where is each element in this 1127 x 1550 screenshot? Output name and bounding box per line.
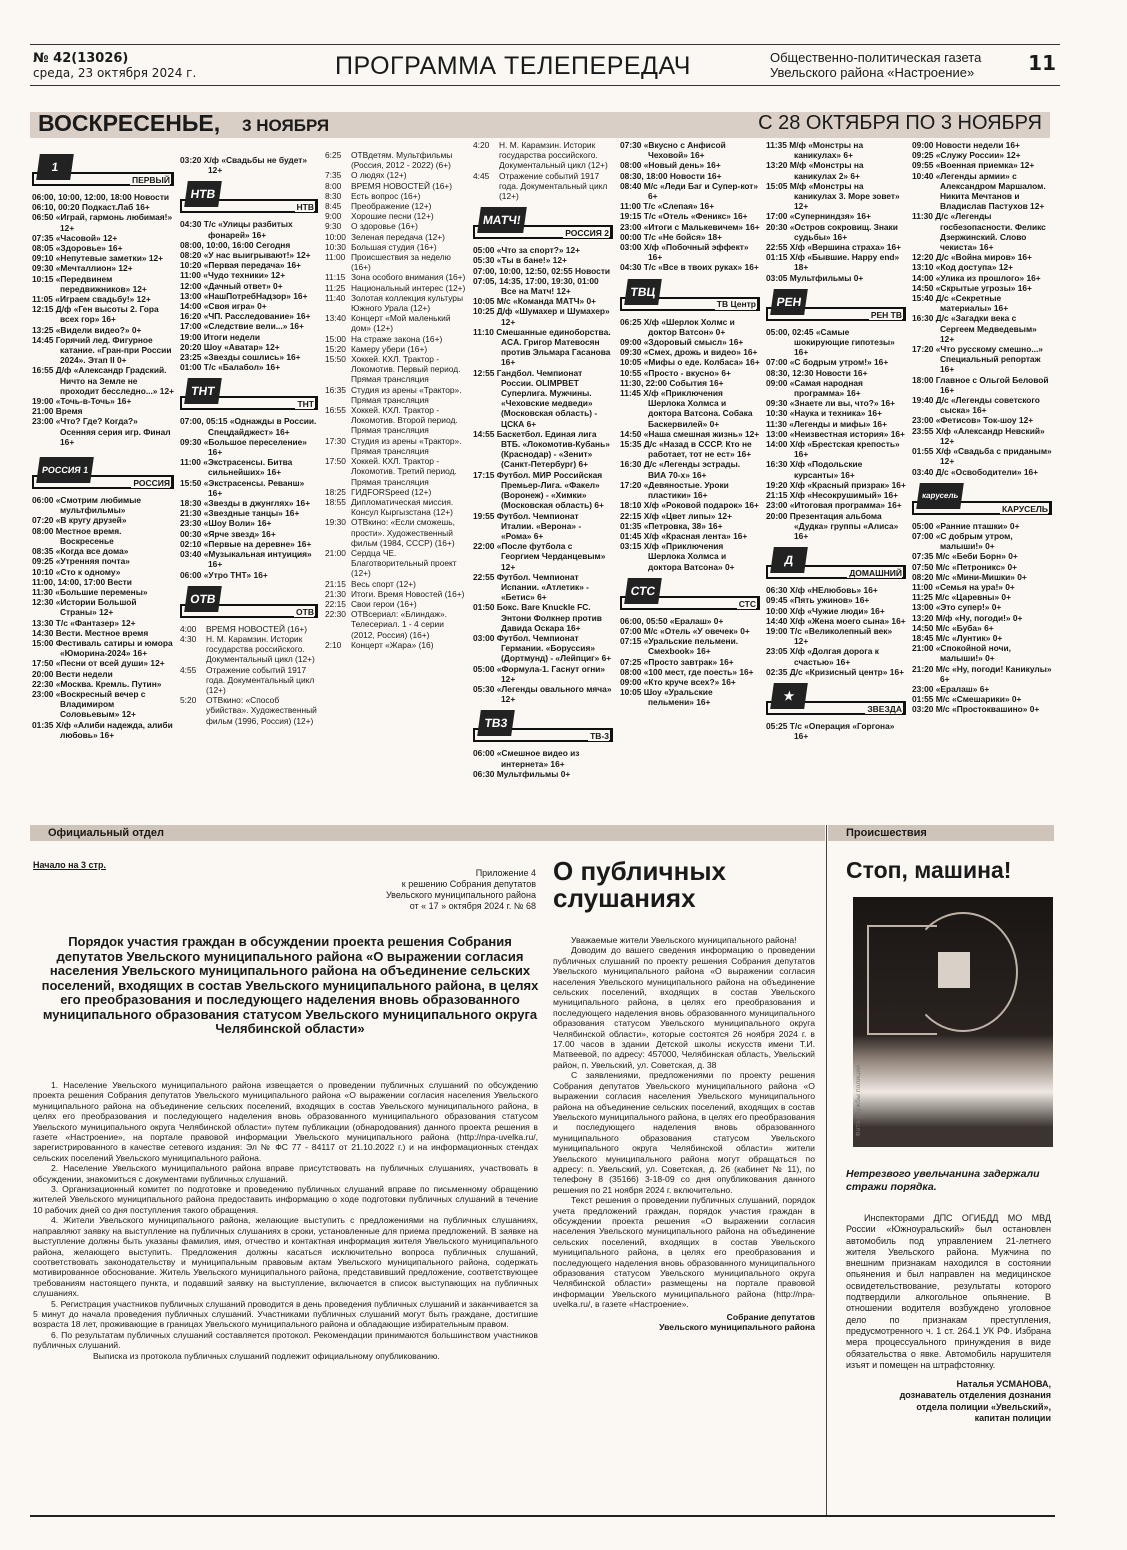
program-item: 11:15Зона особого внимания (16+): [325, 272, 467, 282]
program-item: 16:30 Д/с «Легенды эстрады. ВИА 70-х» 16…: [620, 459, 760, 479]
incident-lead: Нетрезвого увельчанина задержали стражи …: [846, 1168, 1051, 1194]
program-item: 09:25 «Утренняя почта»: [32, 556, 174, 566]
program-list-tv3-cont: 07:30 «Вкусно с Анфисой Чеховой» 16+08:0…: [620, 140, 760, 273]
program-item: 11:05 «Играем свадьбу!» 12+: [32, 294, 174, 304]
program-item: 10:10 «Сто к одному»: [32, 567, 174, 577]
program-item: 03:00 Х/ф «Побочный эффект» 16+: [620, 242, 760, 262]
paragraph: Инспекторами ДПС ОГИБДД МО МВД России «Ю…: [846, 1213, 1051, 1371]
tv-column-5: 07:30 «Вкусно с Анфисой Чеховой» 16+08:0…: [620, 140, 760, 708]
signature-line: отдела полиции «Увельский»,: [846, 1402, 1051, 1413]
program-item: 15:35 Д/с «Назад в СССР. Кто не работает…: [620, 439, 760, 459]
program-item: 10:00 Х/ф «Чужие люди» 16+: [766, 606, 906, 616]
program-item: 01:35 Х/ф «Алиби надежда, алиби любовь» …: [32, 720, 174, 740]
channel-header-tnt: ТНТТНТ: [180, 376, 318, 410]
program-item: 17:50 «Песни от всей души» 12+: [32, 658, 174, 668]
program-item: 06:00 «Смешное видео из интернета» 16+: [473, 748, 613, 768]
program-item: 15:50 «Экстрасенсы. Реванш» 16+: [180, 478, 318, 498]
program-item: 07:35 М/с «Беби Борн» 0+: [912, 551, 1052, 561]
channel-logo-icon: МАТЧ!: [477, 207, 526, 233]
program-item: 11:30 Д/с «Легенды госбезопасности. Фели…: [912, 211, 1052, 252]
program-item: 13:20 М/ф «Монстры на каникулах 2» 6+: [766, 160, 906, 180]
hearings-body: Уважаемые жители Увельского муниципально…: [553, 935, 815, 1332]
program-item: 23:30 «Шоу Воли» 16+: [180, 518, 318, 528]
program-item: 17:00 «Суперниндзя» 16+: [766, 211, 906, 221]
paragraph: Доводим до вашего сведения информацию о …: [553, 945, 815, 1070]
program-item: 11:35 М/ф «Монстры на каникулах» 6+: [766, 140, 906, 160]
program-list-zvezda: 05:25 Т/с «Операция «Горгона» 16+: [766, 721, 906, 741]
page-header: № 42(13026) среда, 23 октября 2024 г. ПР…: [30, 44, 1060, 86]
channel-logo-icon: РОССИЯ 1: [36, 457, 94, 483]
program-item: 21:20 М/с «Ну, погоди! Каникулы» 6+: [912, 664, 1052, 684]
program-item: 08:20 М/с «Мини-Мишки» 0+: [912, 572, 1052, 582]
program-item: 12:15 Д/ф «Ген высоты 2. Гора всех гор» …: [32, 304, 174, 324]
newspaper-name: Общественно-политическая газета Увельско…: [770, 50, 981, 80]
program-item: 16:30 Д/с «Загадки века с Сергеем Медвед…: [912, 313, 1052, 344]
program-item: 4:20Н. М. Карамзин. Историк государства …: [473, 140, 613, 171]
program-item: 09:55 «Военная приемка» 12+: [912, 160, 1052, 170]
program-item: 07:20 «В кругу друзей»: [32, 515, 174, 525]
program-item: 05:00 «Ранние пташки» 0+: [912, 521, 1052, 531]
program-item: 06:00, 10:00, 12:00, 18:00 Новости: [32, 192, 174, 202]
program-item: 11:25 М/с «Царевны» 0+: [912, 592, 1052, 602]
program-item: 15:05 М/ф «Монстры на каникулах 3. Море …: [766, 181, 906, 212]
program-item: 03:40 Д/с «Освободители» 16+: [912, 467, 1052, 477]
program-item: 20:20 Шоу «Аватар» 12+: [180, 342, 318, 352]
signature-line: капитан полиции: [846, 1413, 1051, 1424]
program-list-tnt: 07:00, 05:15 «Однажды в России. Спецдайд…: [180, 416, 318, 579]
program-item: 06:25 Х/ф «Шерлок Холмс и доктор Ватсон»…: [620, 317, 760, 337]
paragraph: 6. По результатам публичных слушаний сос…: [33, 1330, 538, 1351]
program-item: 21:00 «Спокойной ночи, малыши!» 0+: [912, 643, 1052, 663]
program-item: 11:25Национальный интерес (12+): [325, 283, 467, 293]
tv-column-7: 09:00 Новости недели 16+09:25 «Служу Рос…: [912, 140, 1052, 715]
program-item: 03:00 Футбол. Чемпионат Германии. «Борус…: [473, 633, 613, 664]
program-item: 08:30, 12:30 Новости 16+: [766, 368, 906, 378]
signature-line: дознаватель отделения дознания: [846, 1390, 1051, 1401]
program-item: 16:30 Х/ф «Подольские курсанты» 16+: [766, 459, 906, 479]
program-list-tv3: 06:00 «Смешное видео из интернета» 16+06…: [473, 748, 613, 779]
program-item: 01:45 Х/ф «Красная лента» 16+: [620, 531, 760, 541]
program-item: 09:30 «Знаете ли вы, что?» 16+: [766, 398, 906, 408]
program-item: 2:10Концерт «Жара» (16): [325, 640, 467, 650]
program-item: 19:30ОТВкино: «Если сможешь, прости». Ху…: [325, 517, 467, 548]
program-item: 09:45 «Пять ужинов» 16+: [766, 595, 906, 605]
paragraph: Текст решения о проведении публичных слу…: [553, 1195, 815, 1309]
program-item: 03:40 «Музыкальная интуиция» 16+: [180, 549, 318, 569]
issue-info: № 42(13026) среда, 23 октября 2024 г.: [33, 51, 196, 80]
program-item: 03:15 Х/ф «Приключения Шерлока Холмса и …: [620, 541, 760, 572]
photo-credit: Фото службы полиции: [855, 1065, 862, 1137]
program-item: 09:00 Новости недели 16+: [912, 140, 1052, 150]
program-item: 19:40 Д/с «Легенды советского сыска» 16+: [912, 395, 1052, 415]
program-item: 04:30 Т/с «Улицы разбитых фонарей» 16+: [180, 219, 318, 239]
channel-header-karusel: карусельКАРУСЕЛЬ: [912, 481, 1052, 515]
program-item: 05:00 «Формула-1. Гаснут огни» 12+: [473, 664, 613, 684]
program-item: 07:15 «Уральские пельмени. Смехbook» 16+: [620, 636, 760, 656]
program-item: 08:00 «100 мест, где поесть» 16+: [620, 667, 760, 677]
program-item: 22:30 «Москва. Кремль. Путин»: [32, 679, 174, 689]
appendix-line: Приложение 4: [300, 868, 536, 879]
program-item: 11:00 «Экстрасенсы. Битва сильнейших» 16…: [180, 457, 318, 477]
program-item: 10:05 «Мифы о еде. Колбаса» 16+: [620, 357, 760, 367]
program-item: 4:30Н. М. Карамзин. Историк государства …: [180, 634, 318, 665]
program-item: 15:50Хоккей. КХЛ. Трактор - Локомотив. П…: [325, 354, 467, 385]
program-item: 13:10 «Код доступа» 12+: [912, 262, 1052, 272]
channel-logo-icon: НТВ: [184, 181, 222, 207]
program-item: 06:30 Х/ф «НЕлюбовь» 16+: [766, 585, 906, 595]
program-item: 09:30 «Большое переселение» 16+: [180, 437, 318, 457]
program-item: 01:35 «Петровка, 38» 16+: [620, 521, 760, 531]
program-item: 07:35 «Часовой» 12+: [32, 233, 174, 243]
program-item: 07:00, 05:15 «Однажды в России. Спецдайд…: [180, 416, 318, 436]
program-item: 14:30 Вести. Местное время: [32, 628, 174, 638]
program-item: 11:30 «Легенды и мифы» 16+: [766, 419, 906, 429]
appendix-note: Приложение 4 к решению Собрания депутато…: [300, 868, 536, 912]
signature-line: Увельского муниципального района: [553, 1322, 815, 1332]
program-item: 00:00 Т/с «Не бойся» 18+: [620, 232, 760, 242]
program-item: 05:30 «Ты в бане!» 12+: [473, 255, 613, 265]
program-item: 17:20 «Девяностые. Уроки пластики» 16+: [620, 480, 760, 500]
program-item: 02:10 «Первые на деревне» 16+: [180, 539, 318, 549]
program-item: 18:45 М/с «Лунтик» 0+: [912, 633, 1052, 643]
program-list-otv-tail: 4:20Н. М. Карамзин. Историк государства …: [473, 140, 613, 201]
appendix-line: Увельского муниципального района: [300, 890, 536, 901]
program-list-match: 05:00 «Что за спорт?» 12+05:30 «Ты в бан…: [473, 245, 613, 704]
program-item: 19:55 Футбол. Чемпионат Италии. «Верона»…: [473, 511, 613, 542]
program-item: 05:00 «Что за спорт?» 12+: [473, 245, 613, 255]
program-item: 10:20 «Первая передача» 16+: [180, 260, 318, 270]
program-item: 01:55 Х/ф «Свадьба с приданым» 12+: [912, 446, 1052, 466]
program-item: 06:50 «Играй, гармонь любимая!» 12+: [32, 212, 174, 232]
program-item: 21:30 «Звездные танцы» 16+: [180, 508, 318, 518]
program-item: 17:30Студия из арены «Трактор». Прямая т…: [325, 436, 467, 456]
program-item: 23:25 «Звезды сошлись» 16+: [180, 352, 318, 362]
tv-column-2: 03:20 Х/ф «Свадьбы не будет» 12+ НТВНТВ …: [180, 155, 318, 726]
program-item: 13:30 Т/с «Фантазер» 12+: [32, 618, 174, 628]
channel-header-zvezda: ★ЗВЕЗДА: [766, 681, 906, 715]
program-item: 10:00Зеленая передача (12+): [325, 232, 467, 242]
program-item: 09:10 «Непутевые заметки» 12+: [32, 253, 174, 263]
program-item: 15:20Камеру убери (16+): [325, 344, 467, 354]
program-item: 07:00, 10:00, 12:50, 02:55 Новости: [473, 266, 613, 276]
channel-header-domashniy: ДДОМАШНИЙ: [766, 545, 906, 579]
paragraph: 2. Население Увельского муниципального р…: [33, 1163, 538, 1184]
continued-link[interactable]: Начало на 3 стр.: [33, 860, 106, 870]
program-item: 07:00 «С добрым утром, малыши!» 0+: [912, 531, 1052, 551]
program-item: 19:00 Итоги недели: [180, 332, 318, 342]
program-item: 13:00 «Это супер!» 0+: [912, 602, 1052, 612]
program-item: 11:10 Смешанные единоборства. ACA. Григо…: [473, 327, 613, 368]
program-item: 23:00 «Воскресный вечер с Владимиром Сол…: [32, 689, 174, 720]
channel-logo-icon: ТВЦ: [624, 279, 662, 305]
channel-logo-icon: ТВ3: [477, 710, 515, 736]
program-list-zvezda-cont: 09:00 Новости недели 16+09:25 «Служу Рос…: [912, 140, 1052, 477]
page-bottom-rule: [30, 1515, 1055, 1517]
program-item: 20:30 «Остров сокровищ. Знаки судьбы» 16…: [766, 222, 906, 242]
program-item: 4:00ВРЕМЯ НОВОСТЕЙ (16+): [180, 624, 318, 634]
program-item: 09:30 «Мечталлион» 12+: [32, 263, 174, 273]
program-item: 06:10, 00:20 Подкаст.Лаб 16+: [32, 202, 174, 212]
program-item: 10:30 «Наука и техника» 16+: [766, 408, 906, 418]
program-item: 07:30 «Вкусно с Анфисой Чеховой» 16+: [620, 140, 760, 160]
paragraph: С заявлениями, предложениями по проекту …: [553, 1070, 815, 1195]
program-item: 17:20 «Что русскому смешно...» Специальн…: [912, 344, 1052, 375]
paragraph: 1. Население Увельского муниципального р…: [33, 1080, 538, 1163]
program-item: 21:15Весь спорт (12+): [325, 579, 467, 589]
program-item: 06:00 «Смотрим любимые мультфильмы»: [32, 495, 174, 515]
program-item: 10:55 «Просто - вкусно» 6+: [620, 368, 760, 378]
paragraph: 4. Жители Увельского муниципального райо…: [33, 1215, 538, 1298]
program-item: 10:05 М/с «Команда МАТЧ» 0+: [473, 296, 613, 306]
program-item: 6:25ОТВдетям. Мультфильмы (Россия, 2012 …: [325, 150, 467, 170]
program-list-ren: 05:00, 02:45 «Самые шокирующие гипотезы»…: [766, 327, 906, 541]
tv-column-6: 11:35 М/ф «Монстры на каникулах» 6+13:20…: [766, 140, 906, 741]
program-item: 16:20 «ЧП. Расследование» 16+: [180, 311, 318, 321]
program-item: 05:30 «Легенды овального мяча» 12+: [473, 684, 613, 704]
program-item: 22:15 Х/ф «Цвет липы» 12+: [620, 511, 760, 521]
program-item: 8:00ВРЕМЯ НОВОСТЕЙ (16+): [325, 181, 467, 191]
program-item: 14:45 Горячий лед. Фигурное катание. «Гр…: [32, 335, 174, 366]
incident-title: Стоп, машина!: [846, 857, 1056, 884]
paragraph: Уважаемые жители Увельского муниципально…: [553, 935, 815, 945]
program-item: 09:30 «Смех, дрожь и видео» 16+: [620, 347, 760, 357]
program-item: 21:00Сердца ЧЕ. Благотворительный проект…: [325, 548, 467, 579]
program-item: 23:00 «Итоговая программа» 16+: [766, 500, 906, 510]
section-official: Официальный отдел: [30, 825, 825, 841]
program-item: 13:00 «Неизвестная история» 16+: [766, 429, 906, 439]
program-item: 08:05 «Здоровье» 16+: [32, 243, 174, 253]
program-item: 03:05 Мультфильмы 0+: [766, 273, 906, 283]
program-item: 10:15 «Передвинем передвижников» 12+: [32, 274, 174, 294]
program-item: 23:05 Х/ф «Долгая дорога к счастью» 16+: [766, 646, 906, 666]
column-divider: [826, 825, 827, 1515]
program-item: 18:30 «Звезды в джунглях» 16+: [180, 498, 318, 508]
channel-logo-icon: карусель: [916, 483, 964, 509]
program-item: 11:00Происшествия за неделю (16+): [325, 252, 467, 272]
program-item: 21:15 Х/ф «Несокрушимый» 16+: [766, 490, 906, 500]
program-item: 08:00, 10:00, 16:00 Сегодня: [180, 240, 318, 250]
signature-line: Собрание депутатов: [553, 1312, 815, 1322]
program-list-karusel: 05:00 «Ранние пташки» 0+07:00 «С добрым …: [912, 521, 1052, 715]
program-item: 23:00 «Ералаш» 6+: [912, 684, 1052, 694]
paper-line-1: Общественно-политическая газета: [770, 50, 981, 65]
program-item: 14:00 «Улика из прошлого» 16+: [912, 273, 1052, 283]
tv-column-3: 6:25ОТВдетям. Мультфильмы (Россия, 2012 …: [325, 150, 467, 650]
day-date: 3 НОЯБРЯ: [242, 116, 329, 135]
program-list-sts: 06:00, 05:50 «Ералаш» 0+07:00 М/с «Отель…: [620, 616, 760, 708]
page-number: 11: [1028, 51, 1056, 75]
program-item: 16:55 Д/ф «Александр Градский. Ничто на …: [32, 365, 174, 396]
program-item: 22:00 «После футбола с Георгием Черданце…: [473, 541, 613, 572]
program-item: 14:00 «Своя игра» 0+: [180, 301, 318, 311]
channel-logo-icon: Д: [770, 547, 808, 573]
channel-header-tvc: ТВЦТВ Центр: [620, 277, 760, 311]
program-item: 14:50 М/с «Буба» 6+: [912, 623, 1052, 633]
program-item: 19:20 Х/ф «Красный призрак» 16+: [766, 480, 906, 490]
program-item: 22:15Свои герои (16+): [325, 599, 467, 609]
channel-name: КАРУСЕЛЬ: [1000, 504, 1048, 514]
channel-name: ОТВ: [294, 607, 314, 617]
channel-header-ren: РЕНРЕН ТВ: [766, 287, 906, 321]
hearings-signature: Собрание депутатов Увельского муниципаль…: [553, 1312, 815, 1333]
program-list-otv-cont: 6:25ОТВдетям. Мультфильмы (Россия, 2012 …: [325, 150, 467, 650]
channel-header-sts: СТССТС: [620, 576, 760, 610]
program-item: 12:00 «Дачный ответ» 0+: [180, 281, 318, 291]
program-item: 23:00 «Что? Где? Когда?» Осенняя серия и…: [32, 416, 174, 447]
paragraph: 3. Организационный комитет по подготовке…: [33, 1184, 538, 1215]
week-range: С 28 ОКТЯБРЯ ПО 3 НОЯБРЯ: [758, 112, 1042, 135]
program-item: 08:20 «У нас выигрывают!» 12+: [180, 250, 318, 260]
program-item: 21:00 Время: [32, 406, 174, 416]
program-item: 01:50 Бокс. Bare Knuckle FC. Энтони Фолк…: [473, 602, 613, 633]
official-body: 1. Население Увельского муниципального р…: [33, 1080, 538, 1361]
program-item: 7:35О людях (12+): [325, 170, 467, 180]
program-item: 20:00 Презентация альбома «Дудка» группы…: [766, 511, 906, 542]
program-item: 00:30 «Ярче звезд» 16+: [180, 529, 318, 539]
channel-name: ДОМАШНИЙ: [847, 568, 902, 578]
star-icon: ★: [770, 683, 808, 709]
program-item: 14:00 Х/ф «Брестская крепость» 16+: [766, 439, 906, 459]
program-item: 15:00На страже закона (16+): [325, 334, 467, 344]
program-item: 23:00 «Фетисов» Ток-шоу 12+: [912, 415, 1052, 425]
program-item: 03:20 Х/ф «Свадьбы не будет» 12+: [180, 155, 318, 175]
program-item: 9:00Хорошие песни (12+): [325, 211, 467, 221]
program-item: 08:30, 18:00 Новости 16+: [620, 171, 760, 181]
program-item: 11:30, 22:00 События 16+: [620, 378, 760, 388]
channel-logo-icon: СТС: [624, 578, 662, 604]
program-item: 22:55 Х/ф «Вершина страха» 16+: [766, 242, 906, 252]
incident-body: Инспекторами ДПС ОГИБДД МО МВД России «Ю…: [846, 1213, 1051, 1424]
channel-logo-icon: ОТВ: [184, 586, 222, 612]
program-list-domashniy: 06:30 Х/ф «НЕлюбовь» 16+09:45 «Пять ужин…: [766, 585, 906, 677]
program-item: 11:00 «Семья на ура!» 0+: [912, 582, 1052, 592]
paragraph: 5. Регистрация участников публичных слуш…: [33, 1299, 538, 1330]
program-item: 22:55 Футбол. Чемпионат Испании. «Атлети…: [473, 572, 613, 603]
program-item: 04:30 Т/с «Все в твоих руках» 16+: [620, 262, 760, 272]
program-item: 07:00 «С бодрым утром!» 16+: [766, 357, 906, 367]
program-list-perviy-tail: 03:20 Х/ф «Свадьбы не будет» 12+: [180, 155, 318, 175]
program-item: 4:45Отражение событий 1917 года. Докумен…: [473, 171, 613, 202]
program-item: 23:55 Х/ф «Александр Невский» 12+: [912, 426, 1052, 446]
program-item: 18:25ГИДFORSpeed (12+): [325, 487, 467, 497]
program-item: 20:00 Вести недели: [32, 669, 174, 679]
paragraph: Выписка из протокола публичных слушаний …: [33, 1351, 538, 1361]
incident-signature: Наталья УСМАНОВА, дознаватель отделения …: [846, 1379, 1051, 1424]
tv-column-1: 1ПЕРВЫЙ 06:00, 10:00, 12:00, 18:00 Новос…: [32, 148, 174, 740]
program-list-tvc: 06:25 Х/ф «Шерлок Холмс и доктор Ватсон»…: [620, 317, 760, 572]
program-item: 13:40Концерт «Мой маленький дом» (12+): [325, 313, 467, 333]
channel-name: РОССИЯ 2: [563, 228, 609, 238]
appendix-line: от « 17 » октября 2024 г. № 68: [300, 901, 536, 912]
program-item: 14:50 «Наша смешная жизнь» 12+: [620, 429, 760, 439]
program-item: 05:00, 02:45 «Самые шокирующие гипотезы»…: [766, 327, 906, 358]
program-item: 13:00 «НашПотребНадзор» 16+: [180, 291, 318, 301]
tv-column-4: 4:20Н. М. Карамзин. Историк государства …: [473, 140, 613, 779]
channel-name: СТС: [737, 599, 756, 609]
channel-header-perviy: 1ПЕРВЫЙ: [32, 152, 174, 186]
program-item: 07:50 М/с «Петроникс» 0+: [912, 562, 1052, 572]
program-item: 11:00 «Чудо техники» 12+: [180, 270, 318, 280]
channel-name: ТВ-3: [588, 731, 609, 741]
program-item: 14:55 Баскетбол. Единая лига ВТБ. «Локом…: [473, 429, 613, 470]
program-item: 10:05 Шоу «Уральские пельмени» 16+: [620, 687, 760, 707]
channel-header-rossiya: РОССИЯ 1РОССИЯ: [32, 455, 174, 489]
program-item: 22:30ОТВсериал: «Блиндаж». Телесериал. 1…: [325, 609, 467, 640]
incident-photo: Фото службы полиции: [853, 897, 1053, 1147]
program-item: 01:15 Х/ф «Бывшие. Happy end» 18+: [766, 252, 906, 272]
program-item: 07:05, 14:35, 17:00, 19:30, 01:00 Все на…: [473, 276, 613, 296]
program-item: 09:00 «Здоровый смысл» 16+: [620, 337, 760, 347]
program-item: 11:30 «Большие перемены»: [32, 587, 174, 597]
program-item: 8:30Есть вопрос (16+): [325, 191, 467, 201]
program-item: 16:55Хоккей. КХЛ. Трактор - Локомотив. В…: [325, 405, 467, 436]
day-band: ВОСКРЕСЕНЬЕ,3 НОЯБРЯ С 28 ОКТЯБРЯ ПО 3 Н…: [30, 112, 1050, 138]
program-item: 06:30 Мультфильмы 0+: [473, 769, 613, 779]
program-item: 4:55Отражение событий 1917 года. Докумен…: [180, 665, 318, 696]
program-item: 13:20 М/ф «Ну, погоди!» 0+: [912, 613, 1052, 623]
program-item: 03:20 М/с «Простоквашино» 0+: [912, 704, 1052, 714]
channel-name: РОССИЯ: [131, 478, 170, 488]
program-list-sts-cont: 11:35 М/ф «Монстры на каникулах» 6+13:20…: [766, 140, 906, 283]
program-item: 12:30 «Истории Большой Страны» 12+: [32, 597, 174, 617]
program-item: 14:50 «Скрытые угрозы» 16+: [912, 283, 1052, 293]
channel-name: ЗВЕЗДА: [865, 704, 902, 714]
program-item: 11:00, 14:00, 17:00 Вести: [32, 577, 174, 587]
official-title: Порядок участия граждан в обсуждении про…: [40, 935, 540, 1037]
channel-header-match: МАТЧ!РОССИЯ 2: [473, 205, 613, 239]
program-item: 21:30Итоги. Время Новостей (16+): [325, 589, 467, 599]
channel-logo-icon: ТНТ: [184, 378, 222, 404]
channel-name: ТВ Центр: [715, 299, 756, 309]
program-list-otv: 4:00ВРЕМЯ НОВОСТЕЙ (16+)4:30Н. М. Карамз…: [180, 624, 318, 726]
program-item: 19:00 «Точь-в-Точь» 16+: [32, 396, 174, 406]
program-item: 01:00 Т/с «Балабол» 16+: [180, 362, 318, 372]
hearings-title: О публичных слушаниях: [553, 858, 813, 912]
program-item: 16:35Студия из арены «Трактор». Прямая т…: [325, 385, 467, 405]
program-list-ntv: 04:30 Т/с «Улицы разбитых фонарей» 16+08…: [180, 219, 318, 372]
program-item: 8:45Преображение (12+): [325, 201, 467, 211]
program-item: 17:50Хоккей. КХЛ. Трактор - Локомотив. Т…: [325, 456, 467, 487]
day-name: ВОСКРЕСЕНЬЕ,: [38, 110, 220, 136]
program-item: 08:35 «Когда все дома»: [32, 546, 174, 556]
program-item: 01:55 М/с «Смешарики» 0+: [912, 694, 1052, 704]
program-item: 15:40 Д/с «Секретные материалы» 16+: [912, 293, 1052, 313]
program-item: 11:45 Х/ф «Приключения Шерлока Холмса и …: [620, 388, 760, 429]
channel-name: НТВ: [295, 202, 314, 212]
program-item: 17:15 Футбол. МИР Российская Премьер-Лиг…: [473, 470, 613, 511]
program-item: 07:25 «Просто завтрак» 16+: [620, 657, 760, 667]
program-item: 09:00 «Самая народная программа» 16+: [766, 378, 906, 398]
car-badge: [938, 952, 970, 988]
channel-header-ntv: НТВНТВ: [180, 179, 318, 213]
program-item: 06:00, 05:50 «Ералаш» 0+: [620, 616, 760, 626]
program-item: 06:00 «Утро ТНТ» 16+: [180, 570, 318, 580]
program-item: 10:40 «Легенды армии» с Александром Марш…: [912, 171, 1052, 212]
program-item: 19:15 Т/с «Отель «Феникс» 16+: [620, 211, 760, 221]
issue-number: № 42(13026): [33, 51, 128, 66]
program-item: 18:55Дипломатическая миссия. Консул Кырг…: [325, 497, 467, 517]
program-item: 14:40 Х/ф «Жена моего сына» 16+: [766, 616, 906, 626]
program-item: 07:00 М/с «Отель «У овечек» 0+: [620, 626, 760, 636]
program-item: 18:10 Х/ф «Роковой подарок» 16+: [620, 500, 760, 510]
channel-header-otv: ОТВОТВ: [180, 584, 318, 618]
program-item: 08:00 «Новый день» 16+: [620, 160, 760, 170]
program-list-perviy: 06:00, 10:00, 12:00, 18:00 Новости06:10,…: [32, 192, 174, 447]
program-item: 10:30Большая студия (16+): [325, 242, 467, 252]
appendix-line: к решению Собрания депутатов: [300, 879, 536, 890]
program-item: 09:00 «Кто круче всех?» 16+: [620, 677, 760, 687]
signature-line: Наталья УСМАНОВА,: [846, 1379, 1051, 1390]
